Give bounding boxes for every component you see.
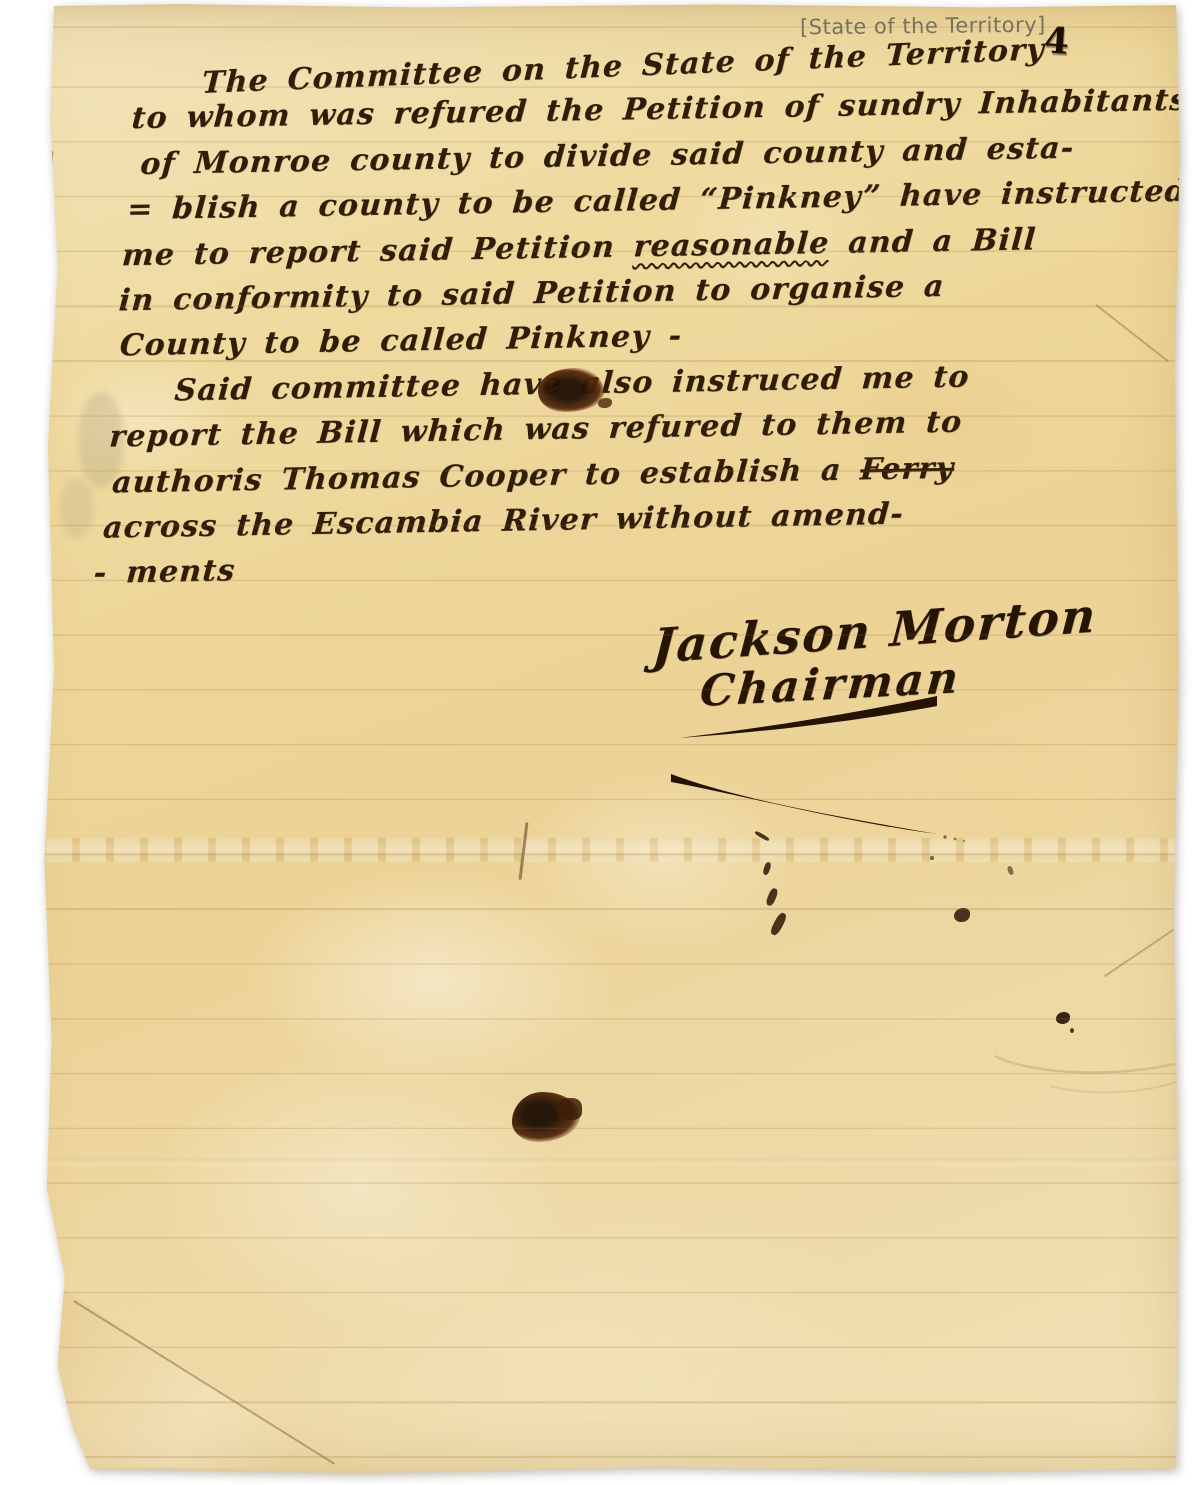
manuscript-text: - ments bbox=[93, 554, 237, 592]
manuscript-text: and a Bill bbox=[828, 222, 1037, 261]
paper-crack bbox=[518, 822, 528, 880]
ink-spatter bbox=[765, 887, 779, 907]
ink-spatter bbox=[954, 908, 970, 922]
bottom-left-corner-crease bbox=[73, 1300, 335, 1465]
fold-crease-main bbox=[46, 838, 1178, 862]
manuscript-word-wavy: reasonable bbox=[632, 225, 830, 263]
ink-blot bbox=[1056, 1012, 1070, 1024]
torn-edge-mark bbox=[45, 150, 54, 192]
paper-shadow-wrap: [State of the Territory] 4 The Committee… bbox=[0, 0, 1200, 1485]
fold-crease-faint bbox=[46, 1158, 1178, 1168]
pencil-smudge bbox=[60, 478, 94, 538]
manuscript-page: [State of the Territory] 4 The Committee… bbox=[0, 0, 1200, 1485]
torn-edge-mark bbox=[43, 214, 50, 244]
paper-crease-right-lower bbox=[1104, 921, 1186, 977]
ink-spatter bbox=[1007, 865, 1015, 875]
manuscript-body-text: The Committee on the State of the Territ… bbox=[98, 38, 1176, 602]
ink-blot bbox=[556, 1098, 582, 1120]
ink-showthrough bbox=[990, 1026, 1190, 1116]
ink-spatter bbox=[769, 911, 788, 936]
manuscript-word-strike: Ferry bbox=[859, 450, 955, 487]
signature-flourish-icon bbox=[645, 690, 1005, 860]
ink-spatter bbox=[762, 861, 772, 875]
ink-blot bbox=[512, 1092, 580, 1142]
